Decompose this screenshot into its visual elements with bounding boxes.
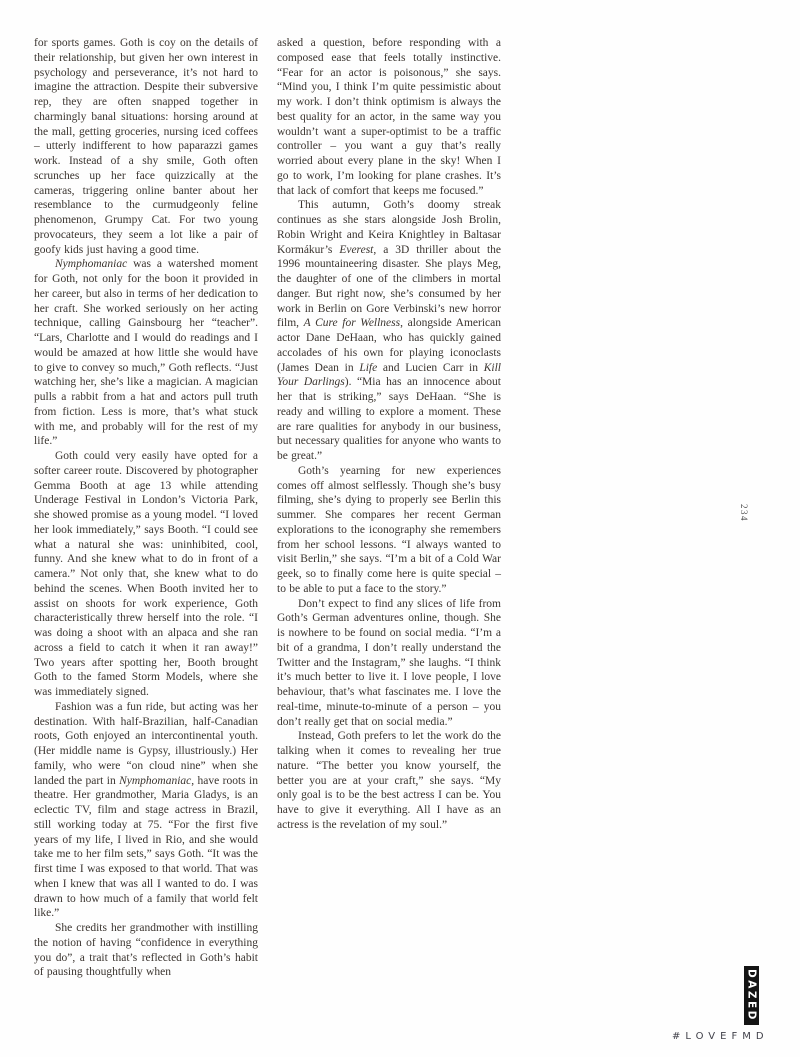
paragraph: Goth’s yearning for new experiences come…: [277, 464, 501, 597]
paragraph: This autumn, Goth’s doomy streak continu…: [277, 198, 501, 464]
text-run: Goth’s yearning for new experiences come…: [277, 465, 501, 595]
text-run: She credits her grandmother with instill…: [34, 922, 258, 978]
italic-text-run: Nymphomaniac: [55, 258, 127, 270]
paragraph: Instead, Goth prefers to let the work do…: [277, 729, 501, 832]
italic-text-run: Nymphomaniac: [119, 775, 191, 787]
paragraph: Fashion was a fun ride, but acting was h…: [34, 700, 258, 921]
paragraph: for sports games. Goth is coy on the det…: [34, 36, 258, 257]
text-run: ). “Mia has an innocence about her that …: [277, 376, 501, 462]
paragraph: asked a question, before responding with…: [277, 36, 501, 198]
text-run: Instead, Goth prefers to let the work do…: [277, 730, 501, 831]
text-run: Goth could very easily have opted for a …: [34, 450, 258, 698]
article-column-right: asked a question, before responding with…: [277, 36, 501, 833]
footer-hashtag: #LOVEFMD: [672, 1031, 769, 1042]
article-column-left: for sports games. Goth is coy on the det…: [34, 36, 258, 980]
paragraph: She credits her grandmother with instill…: [34, 921, 258, 980]
paragraph: Goth could very easily have opted for a …: [34, 449, 258, 700]
text-run: asked a question, before responding with…: [277, 37, 501, 197]
italic-text-run: Everest: [339, 244, 373, 256]
italic-text-run: A Cure for Wellness: [304, 317, 400, 329]
page-number: 234: [739, 504, 749, 522]
text-run: was a watershed moment for Goth, not onl…: [34, 258, 258, 447]
text-run: , have roots in theatre. Her grandmother…: [34, 775, 258, 920]
dazed-logo: DAZED: [744, 966, 759, 1025]
magazine-page: for sports games. Goth is coy on the det…: [0, 0, 800, 1057]
text-run: for sports games. Goth is coy on the det…: [34, 37, 258, 256]
text-run: Don’t expect to find any slices of life …: [277, 598, 501, 728]
text-run: and Lucien Carr in: [377, 362, 484, 374]
paragraph: Don’t expect to find any slices of life …: [277, 597, 501, 730]
italic-text-run: Life: [359, 362, 377, 374]
paragraph: Nymphomaniac was a watershed moment for …: [34, 257, 258, 449]
